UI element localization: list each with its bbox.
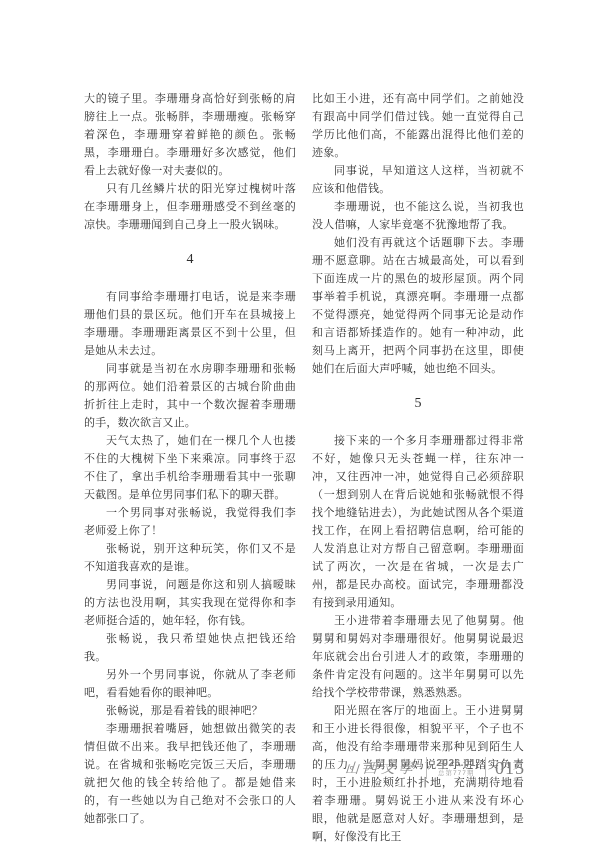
magazine-logo: 山西文學 bbox=[345, 758, 418, 778]
paragraph: 男同事说，问题是你这和别人搞暧昧的方法也没用啊，其实我现在觉得你和李老师挺合适的… bbox=[84, 576, 296, 630]
paragraph: 张畅说，别开这种玩笑，你们又不是不知道我喜欢的是谁。 bbox=[84, 540, 296, 576]
page-footer: 山西文學 2026.01 总第777期 015 bbox=[345, 757, 525, 779]
issue-number: 总第777期 bbox=[438, 770, 474, 778]
paragraph: 只有几丝鳞片状的阳光穿过槐树叶落在李珊珊身上，但李珊珊感受不到丝毫的凉快。李珊珊… bbox=[84, 180, 296, 234]
paragraph: 李珊珊说，也不能这么说，当初我也没人借嘛，人家毕竟毫不犹豫地帮了我。 bbox=[312, 198, 524, 234]
paragraph: 大的镜子里。李珊珊身高恰好到张畅的肩膀往上一点。张畅胖，李珊珊瘦。张畅穿着深色，… bbox=[84, 90, 296, 180]
paragraph: 比如王小进，还有高中同学们。之前她没有跟高中同学们借过钱。她一直觉得自己学历比他… bbox=[312, 90, 524, 162]
issue-date: 2026.01 bbox=[436, 758, 476, 770]
paragraph: 张畅说，那是看着钱的眼神吧？ bbox=[84, 702, 296, 720]
paragraph: 王小进带着李珊珊去见了他舅舅。他舅舅和舅妈对李珊珊很好。他舅舅说最迟年底就会出台… bbox=[312, 612, 524, 702]
paragraph: 张畅说，我只希望她快点把钱还给我。 bbox=[84, 630, 296, 666]
right-column: 比如王小进，还有高中同学们。之前她没有跟高中同学们借过钱。她一直觉得自己学历比他… bbox=[312, 90, 524, 842]
paragraph: 她们没有再就这个话题聊下去。李珊珊不愿意聊。站在古城最高处，可以看到下面连成一片… bbox=[312, 234, 524, 378]
paragraph: 同事就是当初在水房聊李珊珊和张畅的那两位。她们沿着景区的古城台阶曲曲折折往上走时… bbox=[84, 360, 296, 432]
paragraph: 另外一个男同事说，你就从了李老师吧，看看她看你的眼神吧。 bbox=[84, 666, 296, 702]
issue-block: 2026.01 总第777期 bbox=[436, 758, 476, 778]
section-heading-5: 5 bbox=[312, 395, 524, 413]
paragraph: 李珊珊抿着嘴唇，她想做出微笑的表情但做不出来。我早把钱还他了，李珊珊说。在省城和… bbox=[84, 720, 296, 828]
paragraph: 一个男同事对张畅说，我觉得我们李老师爱上你了！ bbox=[84, 504, 296, 540]
paragraph: 有同事给李珊珊打电话，说是来李珊珊他们县的景区玩。他们开车在县城接上李珊珊。李珊… bbox=[84, 288, 296, 360]
paragraph: 天气太热了，她们在一棵几个人也搂不住的大槐树下坐下来乘凉。同事终于忍不住了，拿出… bbox=[84, 432, 296, 504]
left-column: 大的镜子里。李珊珊身高恰好到张畅的肩膀往上一点。张畅胖，李珊珊瘦。张畅穿着深色，… bbox=[84, 90, 296, 842]
page-number: 015 bbox=[495, 758, 525, 779]
paragraph: 接下来的一个多月李珊珊都过得非常不好，她像只无头苍蝇一样，往东冲一冲，又往西冲一… bbox=[312, 432, 524, 612]
paragraph: 同事说，早知道这人这样，当初就不应该和他借钱。 bbox=[312, 162, 524, 198]
magazine-page: 大的镜子里。李珊珊身高恰好到张畅的肩膀往上一点。张畅胖，李珊珊瘦。张畅穿着深色，… bbox=[0, 0, 595, 842]
text-columns: 大的镜子里。李珊珊身高恰好到张畅的肩膀往上一点。张畅胖，李珊珊瘦。张畅穿着深色，… bbox=[84, 90, 524, 842]
footer-divider bbox=[426, 757, 427, 779]
section-heading-4: 4 bbox=[84, 251, 296, 269]
footer-divider bbox=[485, 757, 486, 779]
